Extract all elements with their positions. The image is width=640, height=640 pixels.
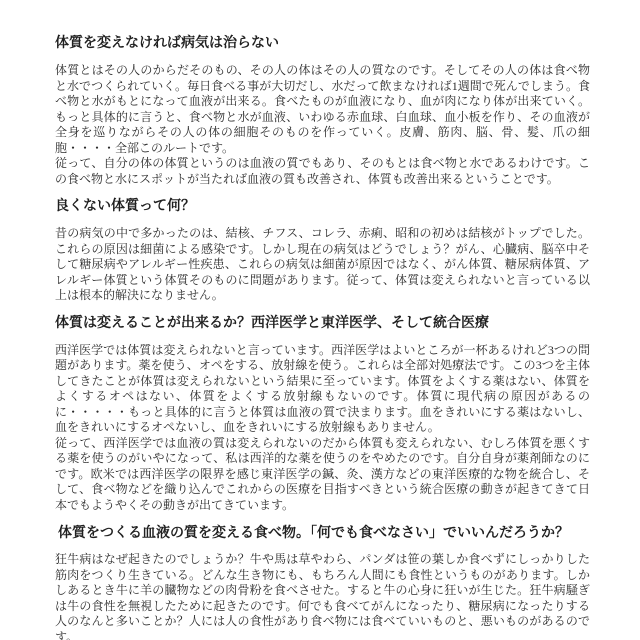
paragraph: 昔の病気の中で多かったのは、結核、チフス、コレラ、赤痢、昭和の初めは結核がトップ…: [55, 226, 590, 304]
section-bad-constitution: 良くない体質って何？ 昔の病気の中で多かったのは、結核、チフス、コレラ、赤痢、昭…: [55, 197, 590, 304]
section-heading: 体質をつくる血液の質を変える食べ物。「何でも食べなさい」でいいんだろうか？: [55, 523, 590, 542]
paragraph: 体質とはその人のからだそのもの、その人の体はその人の質なのです。そしてその人の体…: [55, 63, 590, 156]
section-western-eastern-medicine: 体質は変えることが出来るか？西洋医学と東洋医学、そして統合医療 西洋医学では体質…: [55, 314, 590, 514]
document-page: 体質を変えなければ病気は治らない 体質とはその人のからだそのもの、その人の体はそ…: [0, 0, 640, 640]
section-heading: 良くない体質って何？: [55, 197, 590, 216]
paragraph: 従って、西洋医学では血液の質は変えられないのだから体質も変えられない、むしろ体質…: [55, 436, 590, 514]
paragraph: 狂牛病はなぜ起きたのでしょうか？牛や馬は草やわら、パンダは笹の葉しか食べずにしっ…: [55, 552, 590, 640]
section-heading: 体質を変えなければ病気は治らない: [55, 34, 590, 53]
section-change-constitution: 体質を変えなければ病気は治らない 体質とはその人のからだそのもの、その人の体はそ…: [55, 34, 590, 187]
section-heading: 体質は変えることが出来るか？西洋医学と東洋医学、そして統合医療: [55, 314, 590, 333]
section-food-changes-blood: 体質をつくる血液の質を変える食べ物。「何でも食べなさい」でいいんだろうか？ 狂牛…: [55, 523, 590, 640]
paragraph: 従って、自分の体の体質というのは血液の質でもあり、そのもとは食べ物と水であるわけ…: [55, 156, 590, 187]
paragraph: 西洋医学では体質は変えられないと言っています。西洋医学はよいところが一杯あるけれ…: [55, 343, 590, 436]
